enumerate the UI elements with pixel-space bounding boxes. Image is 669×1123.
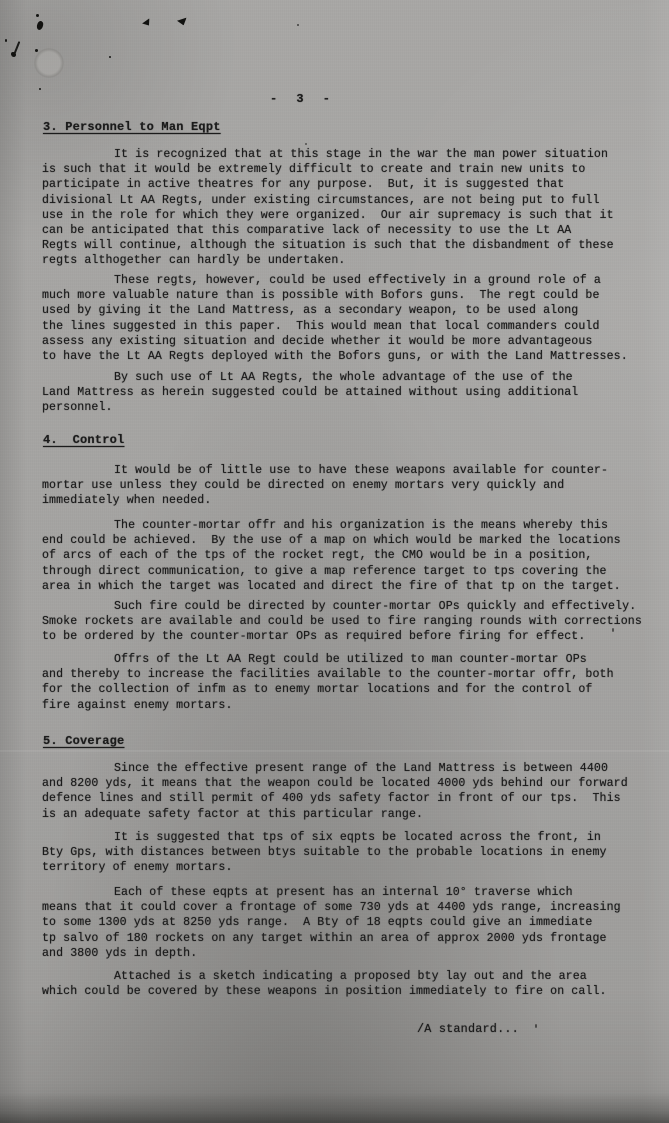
section-heading-3: 3. Personnel to Man Eqpt xyxy=(43,120,221,134)
section-heading-5: 5. Coverage xyxy=(43,734,124,748)
paragraph: Offrs of the Lt AA Regt could be utilize… xyxy=(42,652,648,713)
ink-blot xyxy=(176,16,186,25)
ink-blot xyxy=(11,52,16,57)
page-bottom-shadow xyxy=(0,1093,669,1123)
paper-crease xyxy=(0,750,669,752)
paragraph: It would be of little use to have these … xyxy=(42,463,648,509)
paragraph: By such use of Lt AA Regts, the whole ad… xyxy=(42,370,648,416)
paragraph: It is suggested that tps of six eqpts be… xyxy=(42,830,648,876)
paragraph: The counter-mortar offr and his organiza… xyxy=(42,518,648,594)
paragraph: These regts, however, could be used effe… xyxy=(42,273,648,364)
paragraph: Such fire could be directed by counter-m… xyxy=(42,599,648,645)
paragraph: Each of these eqpts at present has an in… xyxy=(42,885,648,961)
ink-speck xyxy=(36,14,39,17)
ink-blot xyxy=(35,20,44,31)
stain-ring xyxy=(34,48,64,78)
paragraph: Attached is a sketch indicating a propos… xyxy=(42,969,648,999)
document-page: - 3 - 3. Personnel to Man Eqpt It is rec… xyxy=(0,0,669,1123)
section-heading-4: 4. Control xyxy=(43,433,124,447)
ink-speck xyxy=(297,24,299,26)
continuation-note: /A standard... xyxy=(417,1022,519,1036)
ink-blot xyxy=(141,18,150,26)
paragraph: It is recognized that at this stage in t… xyxy=(42,147,648,269)
page-number: - 3 - xyxy=(235,92,365,106)
ink-speck xyxy=(109,56,111,58)
ink-speck xyxy=(5,39,7,42)
ink-speck xyxy=(305,143,307,145)
ink-speck xyxy=(535,1024,537,1028)
paragraph: Since the effective present range of the… xyxy=(42,761,648,822)
ink-speck xyxy=(39,88,41,90)
